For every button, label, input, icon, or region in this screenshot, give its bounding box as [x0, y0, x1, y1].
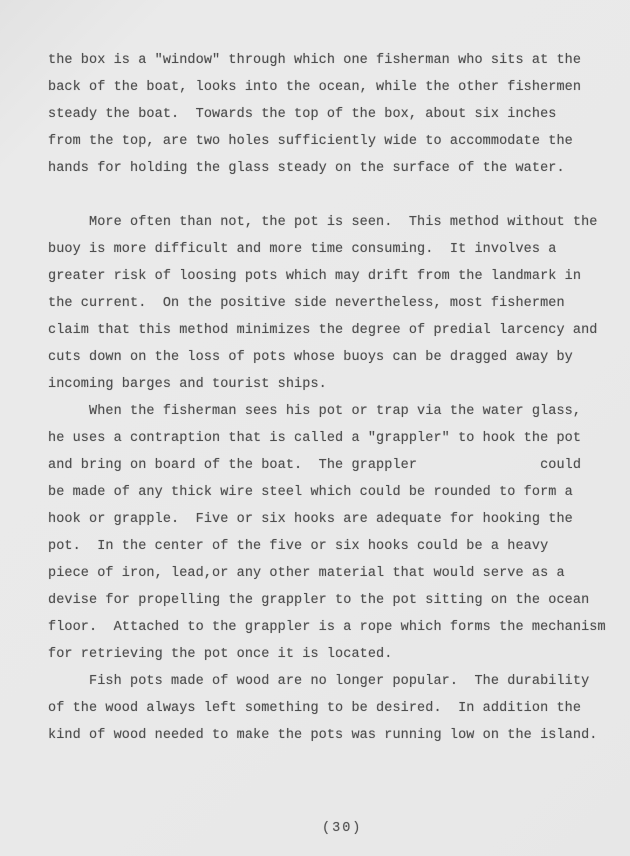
- text-line: incoming barges and tourist ships.: [48, 371, 608, 398]
- text-line: pot. In the center of the five or six ho…: [48, 533, 608, 560]
- text-line: hook or grapple. Five or six hooks are a…: [48, 506, 608, 533]
- text-line: back of the boat, looks into the ocean, …: [48, 74, 608, 101]
- text-line: the box is a "window" through which one …: [48, 47, 608, 74]
- text-line: hands for holding the glass steady on th…: [48, 155, 608, 182]
- text-line: More often than not, the pot is seen. Th…: [48, 209, 608, 236]
- document-page: the box is a "window" through which one …: [0, 0, 630, 856]
- paragraph: More often than not, the pot is seen. Th…: [48, 209, 608, 398]
- text-line: for retrieving the pot once it is locate…: [48, 641, 608, 668]
- text-line: claim that this method minimizes the deg…: [48, 317, 608, 344]
- text-line: devise for propelling the grappler to th…: [48, 587, 608, 614]
- paragraph: When the fisherman sees his pot or trap …: [48, 398, 608, 668]
- text-line: steady the boat. Towards the top of the …: [48, 101, 608, 128]
- text-line: kind of wood needed to make the pots was…: [48, 722, 608, 749]
- page-number: (30): [322, 815, 362, 842]
- paragraph: the box is a "window" through which one …: [48, 47, 608, 182]
- text-line: buoy is more difficult and more time con…: [48, 236, 608, 263]
- text-line: and bring on board of the boat. The grap…: [48, 452, 608, 479]
- text-line: Fish pots made of wood are no longer pop…: [48, 668, 608, 695]
- text-line: floor. Attached to the grappler is a rop…: [48, 614, 608, 641]
- text-line: he uses a contraption that is called a "…: [48, 425, 608, 452]
- paragraph: Fish pots made of wood are no longer pop…: [48, 668, 608, 749]
- text-line: When the fisherman sees his pot or trap …: [48, 398, 608, 425]
- page-text-body: the box is a "window" through which one …: [48, 47, 608, 749]
- text-line: piece of iron, lead,or any other materia…: [48, 560, 608, 587]
- text-line: greater risk of loosing pots which may d…: [48, 263, 608, 290]
- text-line: cuts down on the loss of pots whose buoy…: [48, 344, 608, 371]
- text-line: be made of any thick wire steel which co…: [48, 479, 608, 506]
- text-line: of the wood always left something to be …: [48, 695, 608, 722]
- text-line: from the top, are two holes sufficiently…: [48, 128, 608, 155]
- text-line: the current. On the positive side nevert…: [48, 290, 608, 317]
